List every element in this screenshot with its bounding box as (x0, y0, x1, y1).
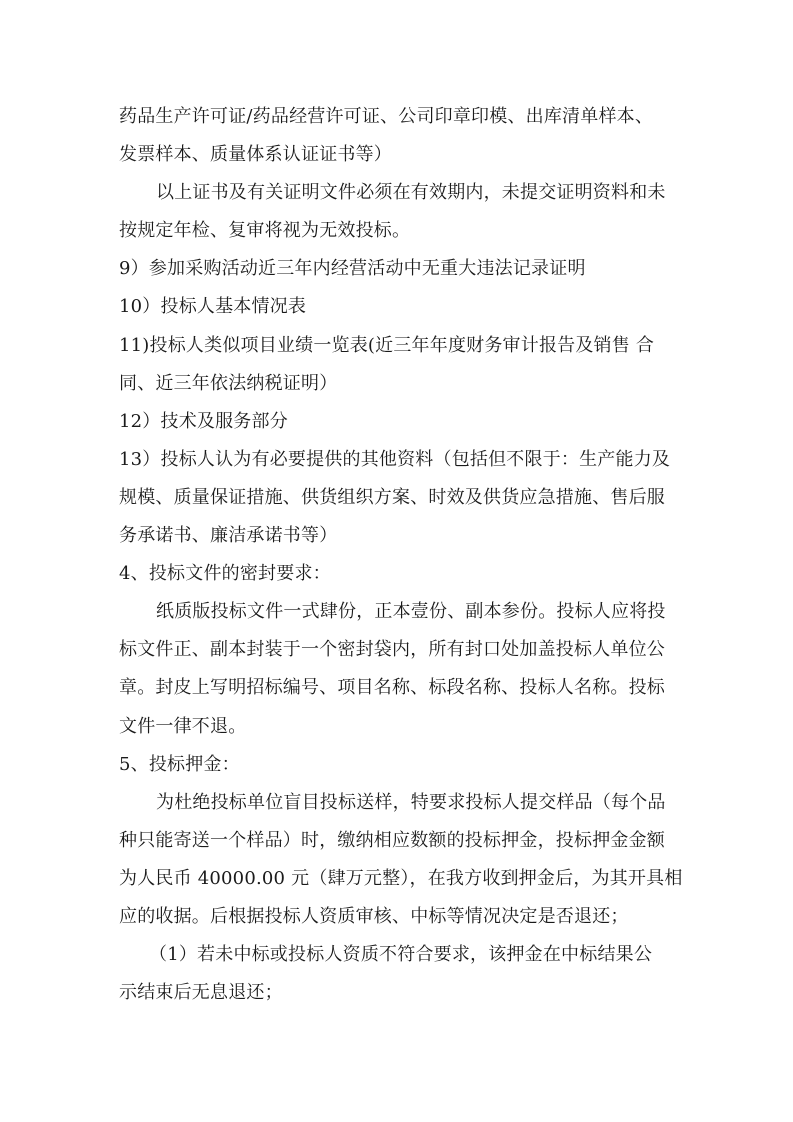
text-line: 药品生产许可证/药品经营许可证、公司印章印模、出库清单样本、 (119, 102, 679, 140)
text-line: 文件一律不退。 (119, 712, 679, 750)
text-line: 应的收据。后根据投标人资质审核、中标等情况决定是否退还； (119, 902, 679, 940)
list-item-10: 10）投标人基本情况表 (119, 292, 679, 330)
document-page: 药品生产许可证/药品经营许可证、公司印章印模、出库清单样本、 发票样本、质量体系… (0, 0, 793, 1122)
sub-item-1: （1）若未中标或投标人资质不符合要求，该押金在中标结果公 (119, 940, 679, 978)
text-line: 规模、质量保证措施、供货组织方案、时效及供货应急措施、售后服 (119, 483, 679, 521)
section-heading-deposit: 5、投标押金： (119, 750, 679, 788)
text-line: 为杜绝投标单位盲目投标送样，特要求投标人提交样品（每个品 (119, 788, 679, 826)
text-line: 标文件正、副本封装于一个密封袋内，所有封口处加盖投标人单位公 (119, 635, 679, 673)
section-heading-sealing: 4、投标文件的密封要求： (119, 559, 679, 597)
list-item-13: 13）投标人认为有必要提供的其他资料（包括但不限于：生产能力及 (119, 445, 679, 483)
list-item-12: 12）技术及服务部分 (119, 407, 679, 445)
text-line: 纸质版投标文件一式肆份，正本壹份、副本参份。投标人应将投 (119, 597, 679, 635)
text-line: 为人民币 40000.00 元（肆万元整），在我方收到押金后，为其开具相 (119, 864, 679, 902)
text-line: 种只能寄送一个样品）时，缴纳相应数额的投标押金，投标押金金额 (119, 826, 679, 864)
list-item-9: 9）参加采购活动近三年内经营活动中无重大违法记录证明 (119, 254, 679, 292)
list-item-11: 11)投标人类似项目业绩一览表(近三年年度财务审计报告及销售 合 (119, 331, 679, 369)
text-line: 示结束后无息退还； (119, 978, 679, 1016)
text-line: 章。封皮上写明招标编号、项目名称、标段名称、投标人名称。投标 (119, 673, 679, 711)
document-body: 药品生产许可证/药品经营许可证、公司印章印模、出库清单样本、 发票样本、质量体系… (119, 102, 679, 1016)
text-line: 按规定年检、复审将视为无效投标。 (119, 216, 679, 254)
text-line: 发票样本、质量体系认证证书等） (119, 140, 679, 178)
text-line: 以上证书及有关证明文件必须在有效期内，未提交证明资料和未 (119, 178, 679, 216)
text-line: 同、近三年依法纳税证明） (119, 369, 679, 407)
text-line: 务承诺书、廉洁承诺书等） (119, 521, 679, 559)
